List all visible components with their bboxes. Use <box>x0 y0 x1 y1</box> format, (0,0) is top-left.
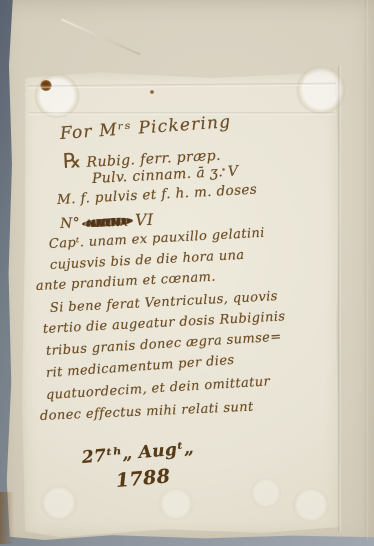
ink-speck-1 <box>150 90 154 94</box>
adhesive-wafer-bottom-4 <box>292 488 330 522</box>
struck-out-text: xxxxx <box>85 214 131 232</box>
dose-number-value: VI <box>135 210 154 230</box>
paper-edge-crease-right <box>338 66 341 532</box>
adhesive-wafer-bottom-1 <box>40 486 78 520</box>
adhesive-wafer-bottom-3 <box>250 478 282 508</box>
photograph-of-manuscript: For Mʳˢ Pickering ℞ Rubig. ferr. præp. P… <box>0 0 374 546</box>
torn-fiber-patch <box>0 492 14 544</box>
backing-crease-right <box>365 0 368 540</box>
manuscript-line-dose-number: N° xxxxx VI <box>60 210 154 232</box>
adhesive-wafer-bottom-2 <box>158 488 194 520</box>
dose-number-prefix: N° <box>60 215 81 232</box>
